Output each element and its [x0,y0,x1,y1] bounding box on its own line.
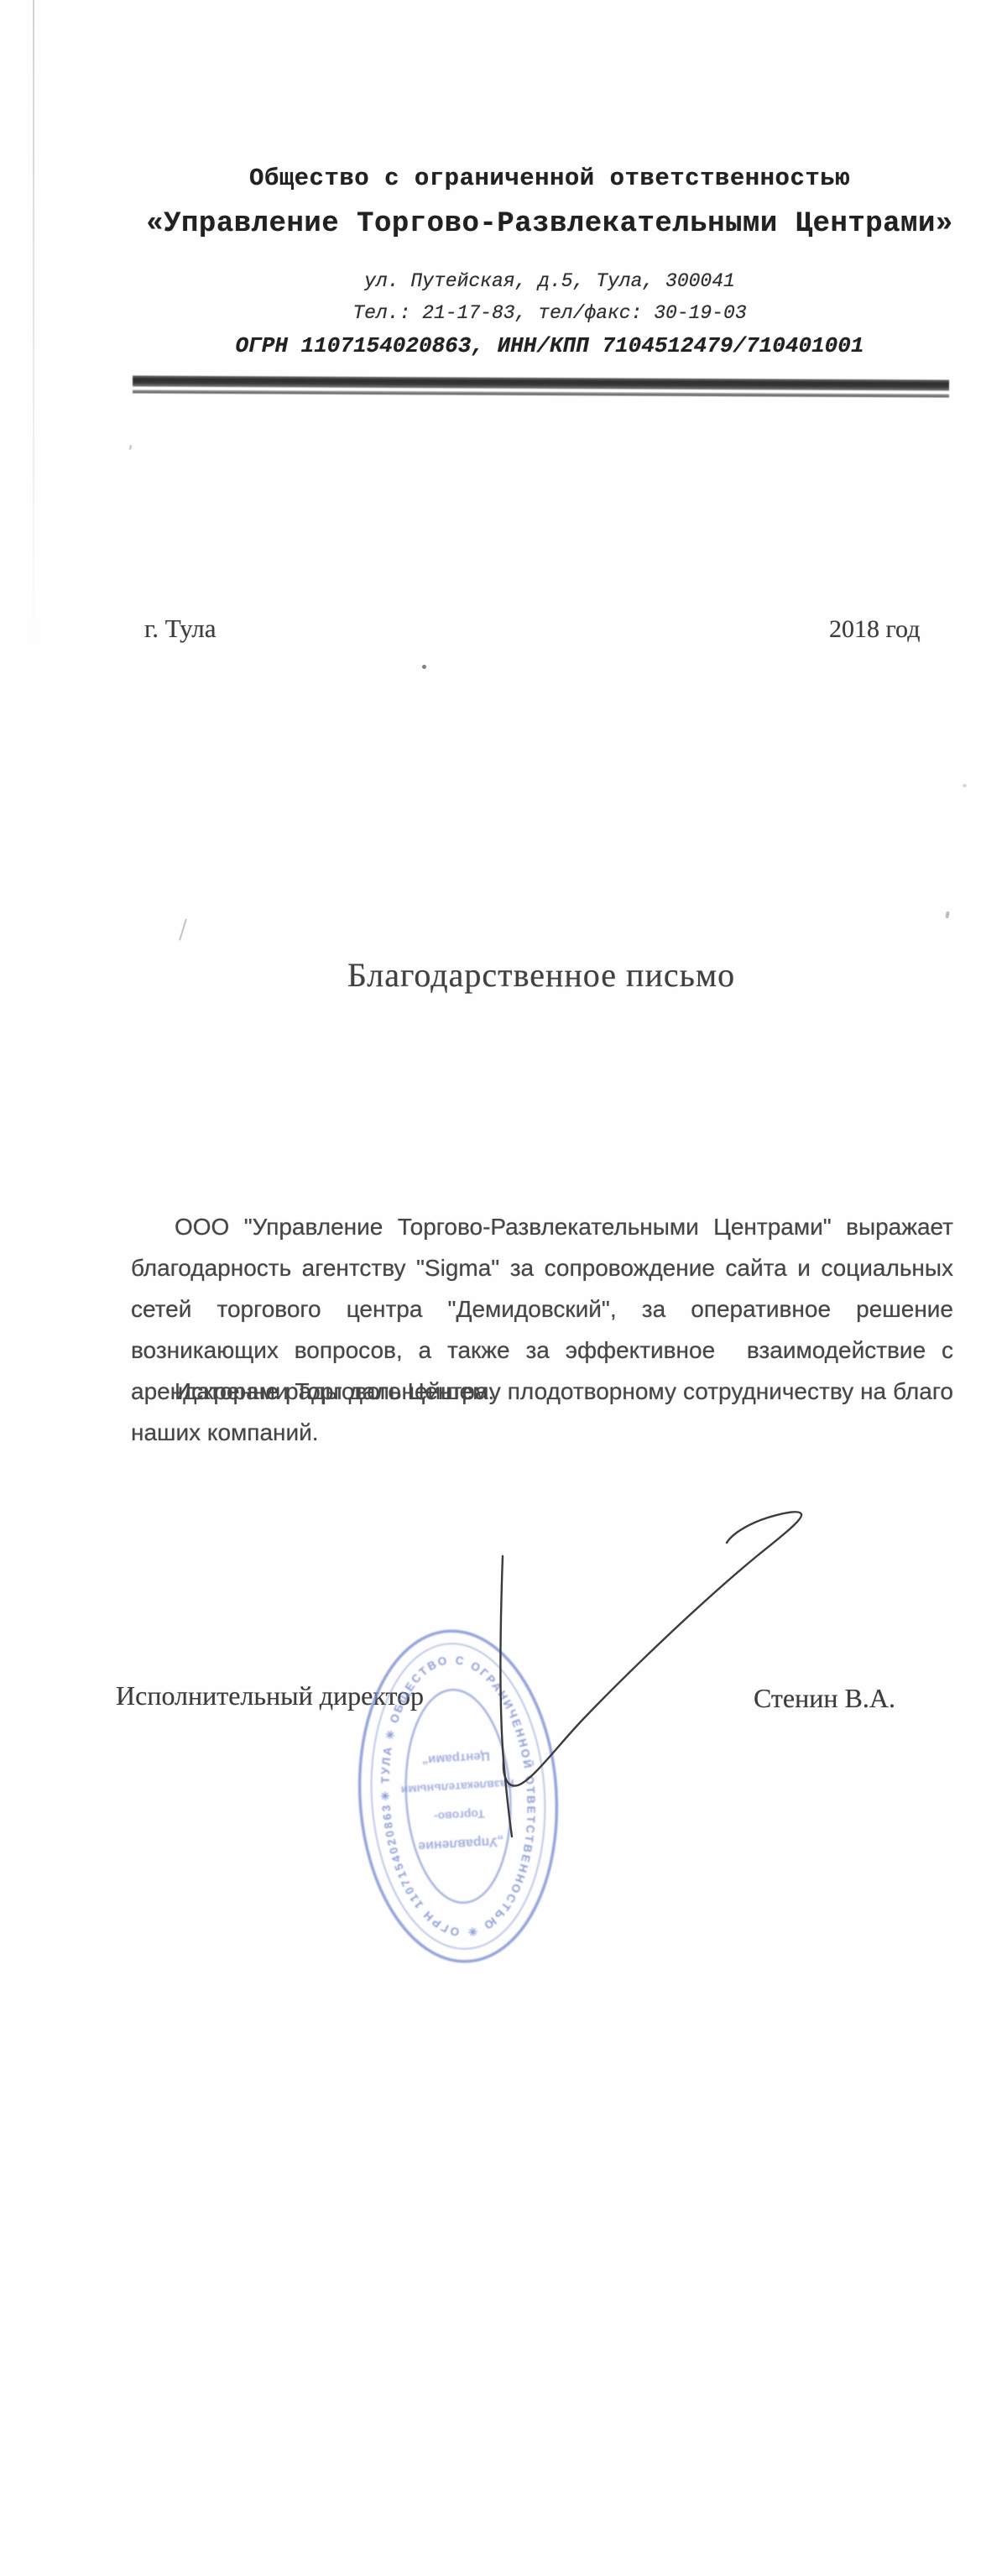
letterhead-phone: Тел.: 21-17-83, тел/факс: 30-19-03 [84,302,1007,324]
scan-speck [945,912,949,919]
letter-page: Общество с ограниченной ответственностью… [0,0,1007,2576]
letterhead-address: ул. Путейская, д.5, Тула, 300041 [84,270,1007,292]
letterhead-org-type: Общество с ограниченной ответственностью [84,165,1007,192]
scan-speck [963,784,967,787]
letterhead-divider [133,375,949,397]
scan-edge-artifact [33,0,34,655]
body-paragraph-2: Искренне рады дальнейшему плодотворному … [131,1371,953,1453]
handwritten-signature [466,1486,852,1847]
letterhead-registration: ОГРН 1107154020863, ИНН/КПП 7104512479/7… [84,333,1007,358]
scan-speck [422,665,426,669]
letter-title: Благодарственное письмо [122,955,961,995]
scan-scratch [179,918,187,940]
letterhead-org-name: «Управление Торгово-Развлекательными Цен… [84,208,1007,240]
divider-thick-line [133,375,949,390]
letter-city: г. Тула [144,614,216,644]
scan-speck [128,445,132,451]
divider-thin-line [133,389,949,397]
signature-check-stroke [503,1512,801,1785]
letter-year: 2018 год [829,615,920,644]
signature-vertical-stroke [501,1556,513,1837]
